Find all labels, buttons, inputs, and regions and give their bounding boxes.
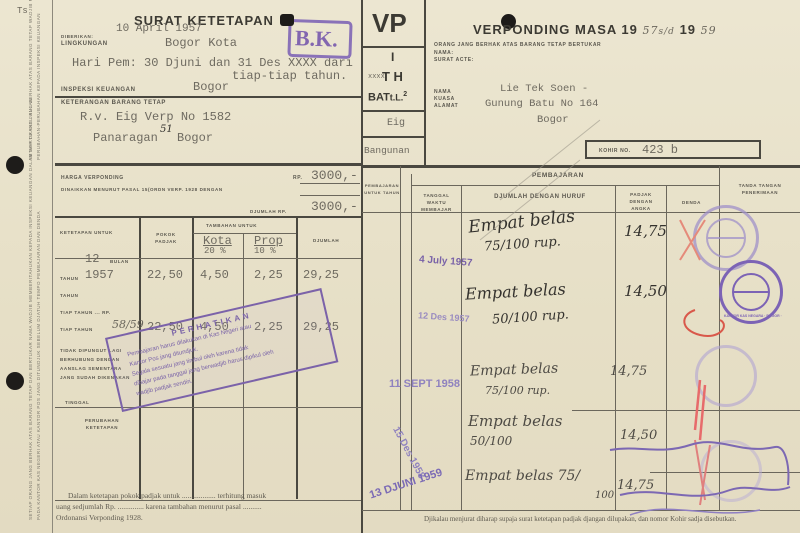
punch-hole-top bbox=[6, 156, 24, 174]
label-nama: NAMA: bbox=[434, 50, 454, 56]
keterangan-line1: R.v. Eig Verp No 1582 bbox=[80, 110, 231, 124]
table-row-line bbox=[55, 500, 361, 501]
label-perubahan-ketetapan: PERUBAHAN KETETAPAN bbox=[72, 417, 132, 431]
label-djumlah: DJUMLAH Rp. bbox=[250, 209, 287, 214]
label-harga-verponding: HARGA VERPONDING bbox=[61, 175, 124, 181]
hari-pembayaran-2: tiap-tiap tahun. bbox=[232, 69, 347, 83]
row-label-tiap-tahun: TIAP TAHUN ... Rp. bbox=[60, 310, 111, 315]
row-label-tiap-tahun: TIAP TAHUN bbox=[60, 327, 93, 332]
bulan-value: 12 bbox=[85, 252, 99, 266]
divider bbox=[300, 183, 360, 184]
payment-huruf-2: 75/100 rup. bbox=[485, 384, 550, 397]
label-surat-acte: SURAT ACTE: bbox=[434, 57, 474, 63]
bk-stamp-text: B.K. bbox=[295, 25, 339, 52]
table-row-line bbox=[55, 407, 361, 408]
hari-pembayaran: Hari Pem: 30 Djuni dan 31 Des XXXX dari bbox=[72, 56, 353, 70]
lingkungan-value: Bogor Kota bbox=[165, 36, 237, 50]
header-prop-pct: 10 % bbox=[254, 246, 276, 256]
label-lingkungan: LINGKUNGAN bbox=[61, 41, 108, 47]
header-kota-pct: 20 % bbox=[204, 246, 226, 256]
verponding-title: VERPONDING MASA 19 57s/d 19 59 bbox=[473, 22, 717, 37]
keterangan-street: Panaragan bbox=[93, 131, 158, 145]
date-stamp: 11 SEPT 1958 bbox=[389, 378, 460, 390]
row-pokok: 22,50 bbox=[147, 268, 183, 282]
payment-huruf: Empat belas bbox=[468, 412, 562, 430]
verponding-prefix: VERPONDING MASA 19 bbox=[473, 22, 638, 37]
header-djumlah: DJUMLAH bbox=[313, 238, 339, 243]
divider bbox=[55, 163, 361, 166]
corner-code: Ts bbox=[17, 6, 28, 16]
keterangan-number: 51 bbox=[160, 124, 173, 135]
ink-blot bbox=[280, 14, 294, 26]
payment-angka: 14,75 bbox=[610, 364, 647, 379]
label-dinaikkan: DINAIKKAN MENURUT PASAL 15(ORDN VERP. 19… bbox=[61, 187, 223, 192]
bk-stamp: B.K. bbox=[287, 19, 352, 59]
side-instructions-text-3: SETIAP ORANG JANG BERHAK ATAS BARANG TET… bbox=[28, 190, 33, 520]
label-bulan: BULAN bbox=[110, 259, 129, 264]
keterangan-city: Bogor bbox=[177, 131, 213, 145]
header-tambahan-untuk: TAMBAHAN UNTUK bbox=[206, 223, 257, 228]
row-prop: 2,25 bbox=[254, 268, 283, 282]
header-pokok-padjak: POKOK PADJAK bbox=[146, 231, 186, 245]
vp-code: VP bbox=[372, 8, 407, 39]
row-kota: 4,50 bbox=[200, 268, 229, 282]
verponding-mid: 19 bbox=[680, 22, 696, 37]
harga-verponding-value: 3000,- bbox=[311, 168, 358, 183]
year-from: 57 bbox=[643, 24, 659, 37]
issue-date: 10 April 1957 bbox=[116, 23, 202, 35]
label-tinggal: TINGGAL bbox=[65, 400, 89, 405]
bat-superscript: 2 bbox=[403, 91, 407, 98]
label-inspeksi-keuangan: INSPEKSI KEUANGAN bbox=[61, 87, 136, 93]
roman-numeral: I bbox=[391, 50, 394, 64]
th-code: T H bbox=[382, 69, 403, 84]
payment-huruf: Empat belas 75/ bbox=[465, 468, 580, 484]
divider bbox=[300, 195, 360, 196]
divider bbox=[55, 96, 361, 98]
owner-name: Lie Tek Soen - bbox=[500, 83, 588, 95]
label-nama-2: NAMA bbox=[434, 89, 451, 95]
harga-prefix: Rp. bbox=[293, 175, 303, 181]
table-row-line bbox=[55, 258, 361, 259]
header-ketetapan-untuk: KETETAPAN UNTUK bbox=[60, 230, 113, 235]
purple-signatures bbox=[600, 395, 800, 525]
side-instructions-text-2: PERUBAHAN-PERUBAHAN KEPADA INSPEKSI KEUA… bbox=[36, 20, 41, 160]
divider bbox=[55, 216, 361, 218]
label-orang-jang-berhak: ORANG JANG BERHAK ATAS BARANG TETAP BERT… bbox=[434, 42, 601, 48]
payment-footnote: Djikalau menjurat diharap supaja surat k… bbox=[424, 515, 794, 523]
footnote-line2: uang sedjumlah Rp. .............. karena… bbox=[56, 502, 262, 511]
label-diberikan: DIBERIKAN: bbox=[61, 34, 94, 39]
side-margin-line bbox=[52, 0, 53, 533]
year-separator: s/d bbox=[659, 27, 675, 37]
pencil-strokes bbox=[380, 100, 680, 300]
djumlah-value: 3000,- bbox=[311, 199, 358, 214]
row-label-tahun: TAHUN bbox=[60, 293, 78, 298]
footnote-line3: Ordonansi Verponding 1928. bbox=[56, 513, 143, 522]
inspeksi-value: Bogor bbox=[193, 80, 229, 94]
divider bbox=[362, 46, 424, 48]
label-keterangan-barang-tetap: KETERANGAN BARANG TETAP bbox=[61, 100, 166, 106]
punch-hole-bottom bbox=[6, 372, 24, 390]
header-tanda-tangan: TANDA TANGAN PENERIMAAN bbox=[725, 182, 795, 196]
payment-footnote-text: Djikalau menjurat diharap supaja surat k… bbox=[424, 515, 736, 523]
row-year: 1957 bbox=[85, 268, 114, 282]
side-instructions-text-4: PADA KANTOR KAS NEGERI ATAU KANTOR POS J… bbox=[36, 190, 41, 520]
payment-huruf-2: 50/100 bbox=[470, 434, 512, 448]
payment-huruf: Empat belas bbox=[470, 360, 559, 379]
row-label-tahun: TAHUN bbox=[60, 276, 78, 281]
footnote-line1: Dalam ketetapan pokok padjak untuk .....… bbox=[68, 491, 266, 500]
year-to: 59 bbox=[701, 24, 717, 37]
middle-col-left-line bbox=[361, 0, 363, 533]
row-djumlah: 29,25 bbox=[303, 268, 339, 282]
